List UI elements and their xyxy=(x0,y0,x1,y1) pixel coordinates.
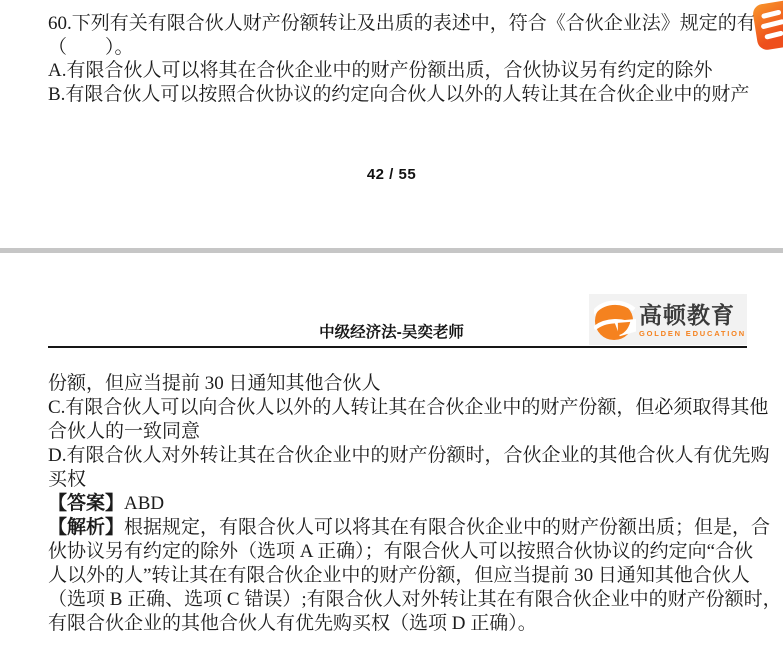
brand-logo: 高顿教育 GOLDEN EDUCATION xyxy=(589,294,747,345)
question-blank-line: （ ）。 xyxy=(48,36,750,60)
brand-name-cn: 高顿教育 xyxy=(639,302,746,328)
brand-logo-text: 高顿教育 GOLDEN EDUCATION xyxy=(639,302,746,338)
option-d-line: D.有限合伙人对外转让其在合伙企业中的财产份额时，合伙企业的其他合伙人有优先购 xyxy=(48,444,750,468)
page1-question-block: 60.下列有关有限合伙人财产份额转让及出质的表述中，符合《合伙企业法》规定的有 … xyxy=(48,12,750,107)
option-d-continuation-line: 买权 xyxy=(48,468,750,492)
answer-value: ABD xyxy=(124,493,164,514)
page-number-indicator: 42 / 55 xyxy=(0,166,783,183)
document-view: 60.下列有关有限合伙人财产份额转让及出质的表述中，符合《合伙企业法》规定的有 … xyxy=(0,0,783,657)
analysis-line-2: 伙协议另有约定的除外（选项 A 正确）；有限合伙人可以按照合伙协议的约定向“合伙 xyxy=(48,540,750,564)
analysis-label: 【解析】 xyxy=(48,517,124,538)
corner-sticker-icon xyxy=(752,0,783,51)
analysis-line-5: 有限合伙企业的其他合伙人有优先购买权（选项 D 正确）。 xyxy=(48,612,750,636)
option-b-continuation-line: 份额，但应当提前 30 日通知其他合伙人 xyxy=(48,372,750,396)
analysis-line-4: （选项 B 正确、选项 C 错误）;有限合伙人对外转让其在有限合伙企业中的财产份… xyxy=(48,588,750,612)
answer-label: 【答案】 xyxy=(48,493,124,514)
option-a-line: A.有限合伙人可以将其在合伙企业中的财产份额出质，合伙协议另有约定的除外 xyxy=(48,59,750,83)
question-stem-line: 60.下列有关有限合伙人财产份额转让及出质的表述中，符合《合伙企业法》规定的有 xyxy=(48,12,750,36)
page2-answer-block: 份额，但应当提前 30 日通知其他合伙人 C.有限合伙人可以向合伙人以外的人转让… xyxy=(48,372,750,636)
answer-line: 【答案】ABD xyxy=(48,492,750,516)
header-rule xyxy=(48,346,747,348)
analysis-line-1: 【解析】根据规定，有限合伙人可以将其在有限合伙企业中的财产份额出质；但是，合 xyxy=(48,516,750,540)
option-b-line: B.有限合伙人可以按照合伙协议的约定向合伙人以外的人转让其在合伙企业中的财产 xyxy=(48,83,750,107)
option-c-continuation-line: 合伙人的一致同意 xyxy=(48,420,750,444)
gaodun-swirl-icon xyxy=(594,297,636,343)
brand-name-en: GOLDEN EDUCATION xyxy=(639,329,746,338)
analysis-line-3: 人以外的人”转让其在有限合伙企业中的财产份额，但应当提前 30 日通知其他合伙人 xyxy=(48,564,750,588)
option-c-line: C.有限合伙人可以向合伙人以外的人转让其在合伙企业中的财产份额，但必须取得其他 xyxy=(48,396,750,420)
analysis-text-1: 根据规定，有限合伙人可以将其在有限合伙企业中的财产份额出质；但是，合 xyxy=(124,517,770,538)
page-break-divider xyxy=(0,248,783,253)
